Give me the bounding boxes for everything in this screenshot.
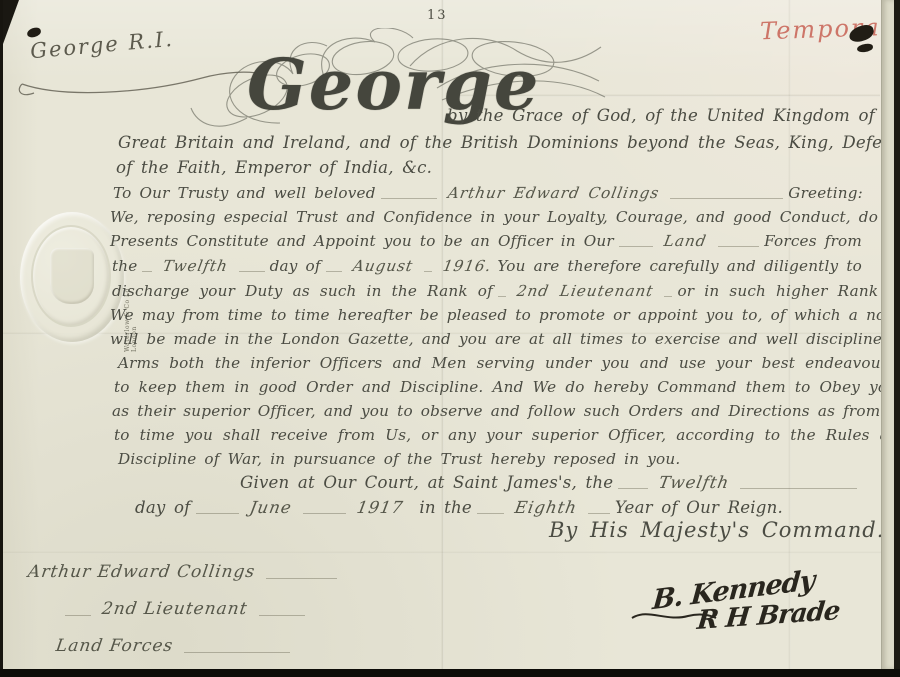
handwritten-docket-branch: Land Forces bbox=[49, 636, 181, 656]
fill-blank bbox=[196, 512, 239, 514]
printed-text: discharge your Duty as such in the Rank … bbox=[112, 282, 493, 300]
fill-blank bbox=[326, 270, 342, 272]
fill-blank bbox=[239, 270, 265, 272]
docket-rank-line: 2nd Lieutenant bbox=[60, 599, 310, 619]
fill-blank bbox=[670, 197, 783, 199]
handwritten-year: 1916. bbox=[435, 257, 499, 275]
handwritten-docket-rank: 2nd Lieutenant bbox=[95, 599, 255, 619]
printed-text: to keep them in good Order and Disciplin… bbox=[114, 378, 897, 396]
body-line-12: to keep them in good Order and Disciplin… bbox=[114, 378, 862, 396]
fold-crease bbox=[3, 551, 883, 554]
body-line-7: the Twelfth day of August 1916. You are … bbox=[112, 257, 862, 275]
fill-blank bbox=[619, 245, 653, 247]
printed-text: To Our Trusty and well beloved bbox=[113, 184, 376, 202]
printed-text: You are therefore carefully and diligent… bbox=[497, 257, 862, 275]
body-line-11: Arms both the inferior Officers and Men … bbox=[118, 354, 862, 372]
page-number: 13 bbox=[427, 8, 448, 23]
embossed-royal-seal bbox=[20, 212, 124, 342]
printed-text: or in such higher Rank as bbox=[677, 282, 900, 300]
docket-name-line: Arthur Edward Collings bbox=[22, 562, 342, 582]
fill-blank bbox=[266, 577, 337, 579]
fill-blank bbox=[184, 651, 290, 653]
fill-blank bbox=[142, 270, 152, 272]
preamble-line-3: of the Faith, Emperor of India, &c. bbox=[116, 158, 636, 177]
fill-blank bbox=[259, 614, 305, 616]
body-line-8: discharge your Duty as such in the Rank … bbox=[112, 282, 862, 300]
fill-blank bbox=[588, 512, 610, 514]
printed-text: Greeting: bbox=[788, 184, 863, 202]
body-line-13: as their superior Officer, and you to ob… bbox=[112, 402, 862, 420]
commission-document-scan: 13 Temporar George R.I. George bbox=[0, 0, 900, 677]
scan-edge bbox=[894, 0, 900, 677]
body-line-15: Discipline of War, in pursuance of the T… bbox=[118, 450, 738, 468]
handwritten-given-day: Twelfth bbox=[651, 473, 737, 492]
printed-text: Given at Our Court, at Saint James's, th… bbox=[240, 473, 613, 492]
body-line-6: Presents Constitute and Appoint you to b… bbox=[110, 232, 862, 250]
fill-blank bbox=[424, 270, 432, 272]
printed-text: in the bbox=[419, 498, 472, 517]
printed-text: to time you shall receive from Us, or an… bbox=[114, 426, 900, 444]
handwritten-given-year: 1917 bbox=[349, 498, 411, 517]
fill-blank bbox=[303, 512, 346, 514]
preamble-line-1: by the Grace of God, of the United Kingd… bbox=[447, 106, 862, 125]
handwritten-day: Twelfth bbox=[155, 257, 235, 275]
body-line-14: to time you shall receive from Us, or an… bbox=[114, 426, 860, 444]
handwritten-month: August bbox=[345, 257, 420, 275]
printed-text: of the Faith, Emperor of India, &c. bbox=[116, 158, 432, 177]
fill-blank bbox=[618, 487, 647, 489]
handwritten-officer-name: Arthur Edward Collings bbox=[440, 184, 666, 202]
fill-blank bbox=[498, 295, 506, 297]
printed-text: We may from time to time hereafter be pl… bbox=[110, 306, 900, 324]
handwritten-rank: 2nd Lieutenant bbox=[509, 282, 661, 300]
by-command-line: By His Majesty's Command. bbox=[549, 518, 884, 542]
handwritten-given-month: June bbox=[242, 498, 299, 517]
body-line-5: We, reposing especial Trust and Confiden… bbox=[110, 208, 862, 226]
printed-text: day of bbox=[135, 498, 191, 517]
fill-blank bbox=[477, 512, 504, 514]
printed-text: will be made in the London Gazette, and … bbox=[110, 330, 900, 348]
attestation-line-2: day of June 1917 in the Eighth Year of O… bbox=[135, 498, 783, 517]
temporary-stamp: Temporar bbox=[760, 13, 895, 46]
fill-blank bbox=[740, 487, 857, 489]
printed-text: the bbox=[112, 257, 137, 275]
printed-text: by the Grace of God, of the United Kingd… bbox=[447, 106, 875, 125]
printed-text: day of bbox=[270, 257, 321, 275]
printed-text: Discipline of War, in pursuance of the T… bbox=[118, 450, 680, 468]
body-line-9: We may from time to time hereafter be pl… bbox=[110, 306, 862, 324]
fill-blank bbox=[65, 614, 91, 616]
scan-edge bbox=[881, 0, 894, 669]
handwritten-regnal-year: Eighth bbox=[507, 498, 584, 517]
printed-text: Presents Constitute and Appoint you to b… bbox=[110, 232, 614, 250]
scan-edge bbox=[0, 0, 3, 677]
handwritten-branch: Land bbox=[657, 232, 715, 250]
body-line-10: will be made in the London Gazette, and … bbox=[110, 330, 862, 348]
printed-text: Arms both the inferior Officers and Men … bbox=[118, 354, 900, 372]
ornate-title-block: George bbox=[185, 28, 615, 143]
scan-edge bbox=[0, 669, 900, 677]
printed-text: Year of Our Reign. bbox=[615, 498, 783, 517]
printed-text: as their superior Officer, and you to ob… bbox=[112, 402, 900, 420]
attestation-line-1: Given at Our Court, at Saint James's, th… bbox=[240, 473, 862, 492]
handwritten-docket-name: Arthur Edward Collings bbox=[21, 562, 263, 582]
seal-coat-of-arms bbox=[50, 248, 94, 304]
address-line: To Our Trusty and well beloved Arthur Ed… bbox=[113, 184, 863, 202]
printed-text: We, reposing especial Trust and Confiden… bbox=[110, 208, 900, 226]
preamble-line-2: Great Britain and Ireland, and of the Br… bbox=[118, 133, 866, 152]
printed-text: Forces from bbox=[764, 232, 862, 250]
printed-text: Great Britain and Ireland, and of the Br… bbox=[118, 133, 900, 152]
fill-blank bbox=[718, 245, 759, 247]
fill-blank bbox=[381, 197, 437, 199]
fill-blank bbox=[664, 295, 672, 297]
docket-branch-line: Land Forces bbox=[50, 636, 295, 656]
